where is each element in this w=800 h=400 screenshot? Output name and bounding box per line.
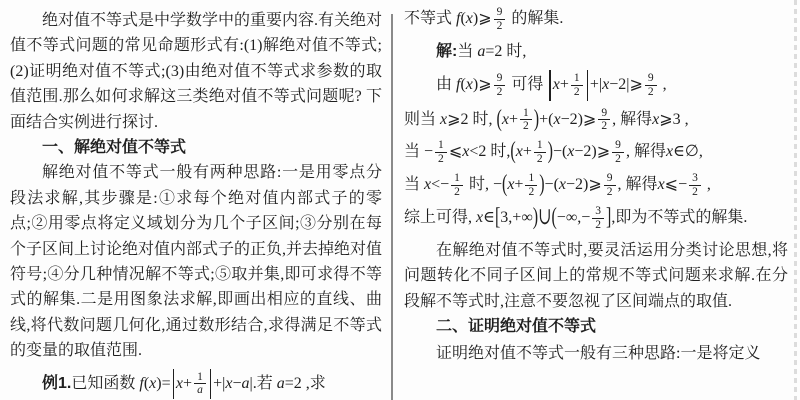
fraction-denominator: 2 [494, 85, 506, 99]
text-run: 的解集. [507, 10, 563, 27]
absolute-value-bar-icon [587, 70, 588, 100]
fraction-denominator: 2 [494, 19, 506, 33]
fraction: 12 [520, 107, 532, 134]
text-run: ,求 [302, 375, 326, 392]
text-run: ⩽ [449, 143, 462, 160]
fraction-denominator: 2 [571, 85, 583, 99]
text-run: ⩾3 [659, 111, 680, 128]
text-run: 即为不等式的解集. [615, 209, 747, 226]
fraction-numerator: 1 [435, 139, 447, 152]
math-line: 不等式 f(x)⩾92 的解集. [404, 6, 788, 33]
math-italic-run: x [466, 76, 473, 93]
text-run: −2)⩾ [561, 111, 597, 128]
text-run: , [659, 76, 667, 93]
fraction-numerator: 1 [525, 172, 537, 185]
text-run: 绝对值不等式是中学数学中的重要内容.有关绝对值不等式问题的常见命题形式有:(1)… [10, 12, 382, 131]
bold-text-run: 例1. [42, 375, 71, 392]
absolute-value-bar-icon [173, 369, 174, 399]
fraction: 12 [571, 72, 583, 99]
fraction-denominator: a [194, 383, 206, 397]
text-run: −2|⩾ [609, 76, 643, 93]
fraction-numerator: 9 [645, 72, 657, 85]
fraction: 92 [494, 6, 506, 33]
text-run: 解得 [630, 143, 666, 160]
text-run: + [509, 111, 518, 128]
fraction-numerator: 1 [571, 72, 583, 85]
fraction: 12 [525, 172, 537, 199]
big-bracket: ) [534, 100, 539, 138]
math-italic-run: x [553, 111, 560, 128]
math-italic-run: a [277, 375, 285, 392]
big-bracket: ( [551, 199, 556, 237]
fraction-denominator: 2 [592, 218, 604, 232]
text-run: ∈ [483, 209, 495, 226]
fraction-numerator: 1 [520, 107, 532, 120]
text-run: <2 [469, 143, 486, 160]
fraction: 1a [194, 371, 206, 398]
text-run: , [681, 111, 689, 128]
text-run: 时, [502, 43, 526, 60]
math-italic-run: x [666, 143, 673, 160]
fraction: 12 [534, 139, 546, 166]
big-bracket: ) [548, 133, 553, 171]
math-line: 例1.已知函数 f(x)=x+1a+|x−a|.若 a=2 ,求 [10, 369, 382, 399]
text-run: −( [545, 176, 559, 193]
fraction-denominator: 2 [451, 185, 463, 199]
fraction: 92 [604, 172, 616, 199]
text-run: +| [590, 76, 602, 93]
absolute-value-bar-icon [210, 369, 211, 399]
math-line: 综上可得, x∈[3,+∞)∪(−∞,−32],即为不等式的解集. [404, 205, 788, 232]
paragraph: 在解绝对值不等式时,要灵活运用分类讨论思想,将问题转化不同子区间上的常规不等式问… [404, 238, 788, 314]
fraction-denominator: 2 [435, 152, 447, 166]
paragraph: 绝对值不等式是中学数学中的重要内容.有关绝对值不等式问题的常见命题形式有:(1)… [10, 8, 382, 135]
text-run: + [560, 76, 569, 93]
math-line: 解:当 a=2 时, [404, 39, 788, 64]
text-run: 不等式 [404, 10, 456, 27]
text-run: −( [553, 143, 567, 160]
bold-text-run: 二、证明绝对值不等式 [436, 318, 596, 335]
text-run: 在解绝对值不等式时,要灵活运用分类讨论思想,将问题转化不同子区间上的常规不等式问… [404, 242, 788, 310]
text-run: )⩾ [473, 76, 492, 93]
fraction-numerator: 1 [194, 371, 206, 384]
text-run: 当 [457, 43, 477, 60]
fraction-numerator: 3 [592, 205, 604, 218]
fraction-denominator: 2 [612, 152, 624, 166]
right-column: 不等式 f(x)⩾92 的解集.解:当 a=2 时,由 f(x)⩾92 可得 x… [404, 0, 788, 367]
section-heading: 一、解绝对值不等式 [10, 135, 382, 160]
fraction-denominator: 2 [604, 185, 616, 199]
math-italic-run: x [516, 143, 523, 160]
math-italic-run: a [242, 375, 250, 392]
fraction: 92 [494, 72, 506, 99]
math-italic-run: x [466, 10, 473, 27]
bold-text-run: 解: [436, 43, 457, 60]
fraction-numerator: 9 [612, 139, 624, 152]
text-run: 时, [465, 176, 493, 193]
fraction: 92 [612, 139, 624, 166]
fraction-denominator: 2 [689, 185, 701, 199]
text-run: 3,+∞ [500, 209, 532, 226]
text-run: )= [156, 375, 170, 392]
big-bracket: ( [502, 166, 507, 204]
fraction-numerator: 9 [494, 6, 506, 19]
fraction-denominator: 2 [598, 119, 610, 133]
fraction-denominator: 2 [645, 85, 657, 99]
fraction: 92 [598, 107, 610, 134]
fraction-numerator: 3 [689, 172, 701, 185]
math-italic-run: x [658, 176, 665, 193]
column-divider [391, 14, 393, 400]
math-line: 则当 x⩾2 时, (x+12)+(x−2)⩾92, 解得x⩾3 , [404, 107, 788, 134]
text-run: =2 [485, 43, 502, 60]
text-run: 综上可得, [404, 209, 476, 226]
text-run: − [424, 143, 433, 160]
bold-text-run: 一、解绝对值不等式 [42, 139, 186, 156]
text-run: 解得 [616, 111, 652, 128]
paragraph: 解绝对值不等式一般有两种思路:一是用零点分段法求解,其步骤是:①求每个绝对值内部… [10, 160, 382, 363]
fraction-numerator: 9 [494, 72, 506, 85]
text-run: − [493, 176, 502, 193]
text-run: 已知函数 [71, 375, 139, 392]
text-run: , [703, 176, 711, 193]
text-run: +( [539, 111, 553, 128]
paragraph: 证明绝对值不等式一般有三种思路:一是将定义 [404, 341, 788, 366]
text-run: − [232, 375, 241, 392]
page-edge-strip [794, 0, 797, 400]
absolute-value-bar-icon [549, 70, 550, 100]
text-run: 时, [486, 143, 510, 160]
text-run: )⩾ [473, 10, 492, 27]
fraction-numerator: 9 [604, 172, 616, 185]
text-run: + [514, 176, 523, 193]
text-run: −2)⩾ [574, 143, 610, 160]
fraction-numerator: 1 [451, 172, 463, 185]
left-column: 绝对值不等式是中学数学中的重要内容.有关绝对值不等式问题的常见命题形式有:(1)… [10, 0, 382, 399]
math-line: 由 f(x)⩾92 可得 x+12+|x−2|⩾92 , [404, 70, 788, 100]
math-italic-run: x [559, 176, 566, 193]
section-heading: 二、证明绝对值不等式 [404, 314, 788, 339]
text-run: ⩾2 [447, 111, 468, 128]
text-run: + [183, 375, 192, 392]
fraction-denominator: 2 [534, 152, 546, 166]
big-bracket: ( [510, 133, 515, 171]
fraction: 12 [435, 139, 447, 166]
fraction: 92 [645, 72, 657, 99]
fraction-denominator: 2 [525, 185, 537, 199]
text-run: 时, [469, 111, 497, 128]
text-run: +| [213, 375, 225, 392]
text-run: 可得 [507, 76, 547, 93]
text-run: .若 [253, 375, 277, 392]
fraction: 32 [689, 172, 701, 199]
text-run: −∞,− [557, 209, 590, 226]
math-line: 当 −12⩽x<2 时,(x+12)−(x−2)⩾92, 解得x∈∅, [404, 139, 788, 166]
text-run: 证明绝对值不等式一般有三种思路:一是将定义 [436, 345, 760, 362]
math-italic-run: x [176, 375, 183, 392]
fraction: 32 [592, 205, 604, 232]
fraction-numerator: 9 [598, 107, 610, 120]
text-run: + [523, 143, 532, 160]
text-run: <− [431, 176, 449, 193]
math-line: 当 x<−12 时, −(x+12)−(x−2)⩾92, 解得x⩽−32 , [404, 172, 788, 199]
text-run: 解得 [622, 176, 658, 193]
text-run: ∈∅ [673, 143, 699, 160]
fraction: 12 [451, 172, 463, 199]
document-page: 绝对值不等式是中学数学中的重要内容.有关绝对值不等式问题的常见命题形式有:(1)… [0, 0, 800, 400]
big-bracket: [ [495, 199, 500, 237]
big-bracket: ( [497, 100, 502, 138]
text-run: 由 [436, 76, 456, 93]
fraction-denominator: 2 [520, 119, 532, 133]
text-run: 解绝对值不等式一般有两种思路:一是用零点分段法求解,其步骤是:①求每个绝对值内部… [10, 164, 382, 359]
text-run: −2)⩾ [566, 176, 602, 193]
fraction-numerator: 1 [534, 139, 546, 152]
math-italic-run: x [502, 111, 509, 128]
text-run: 当 [404, 143, 424, 160]
big-bracket: ] [606, 199, 611, 237]
big-bracket: ∪ [538, 199, 551, 237]
text-run: 则当 [404, 111, 440, 128]
text-run: , [699, 143, 703, 160]
math-italic-run: x [553, 76, 560, 93]
text-run: 当 [404, 176, 424, 193]
text-run: ⩽− [665, 176, 687, 193]
text-run: =2 [285, 375, 302, 392]
